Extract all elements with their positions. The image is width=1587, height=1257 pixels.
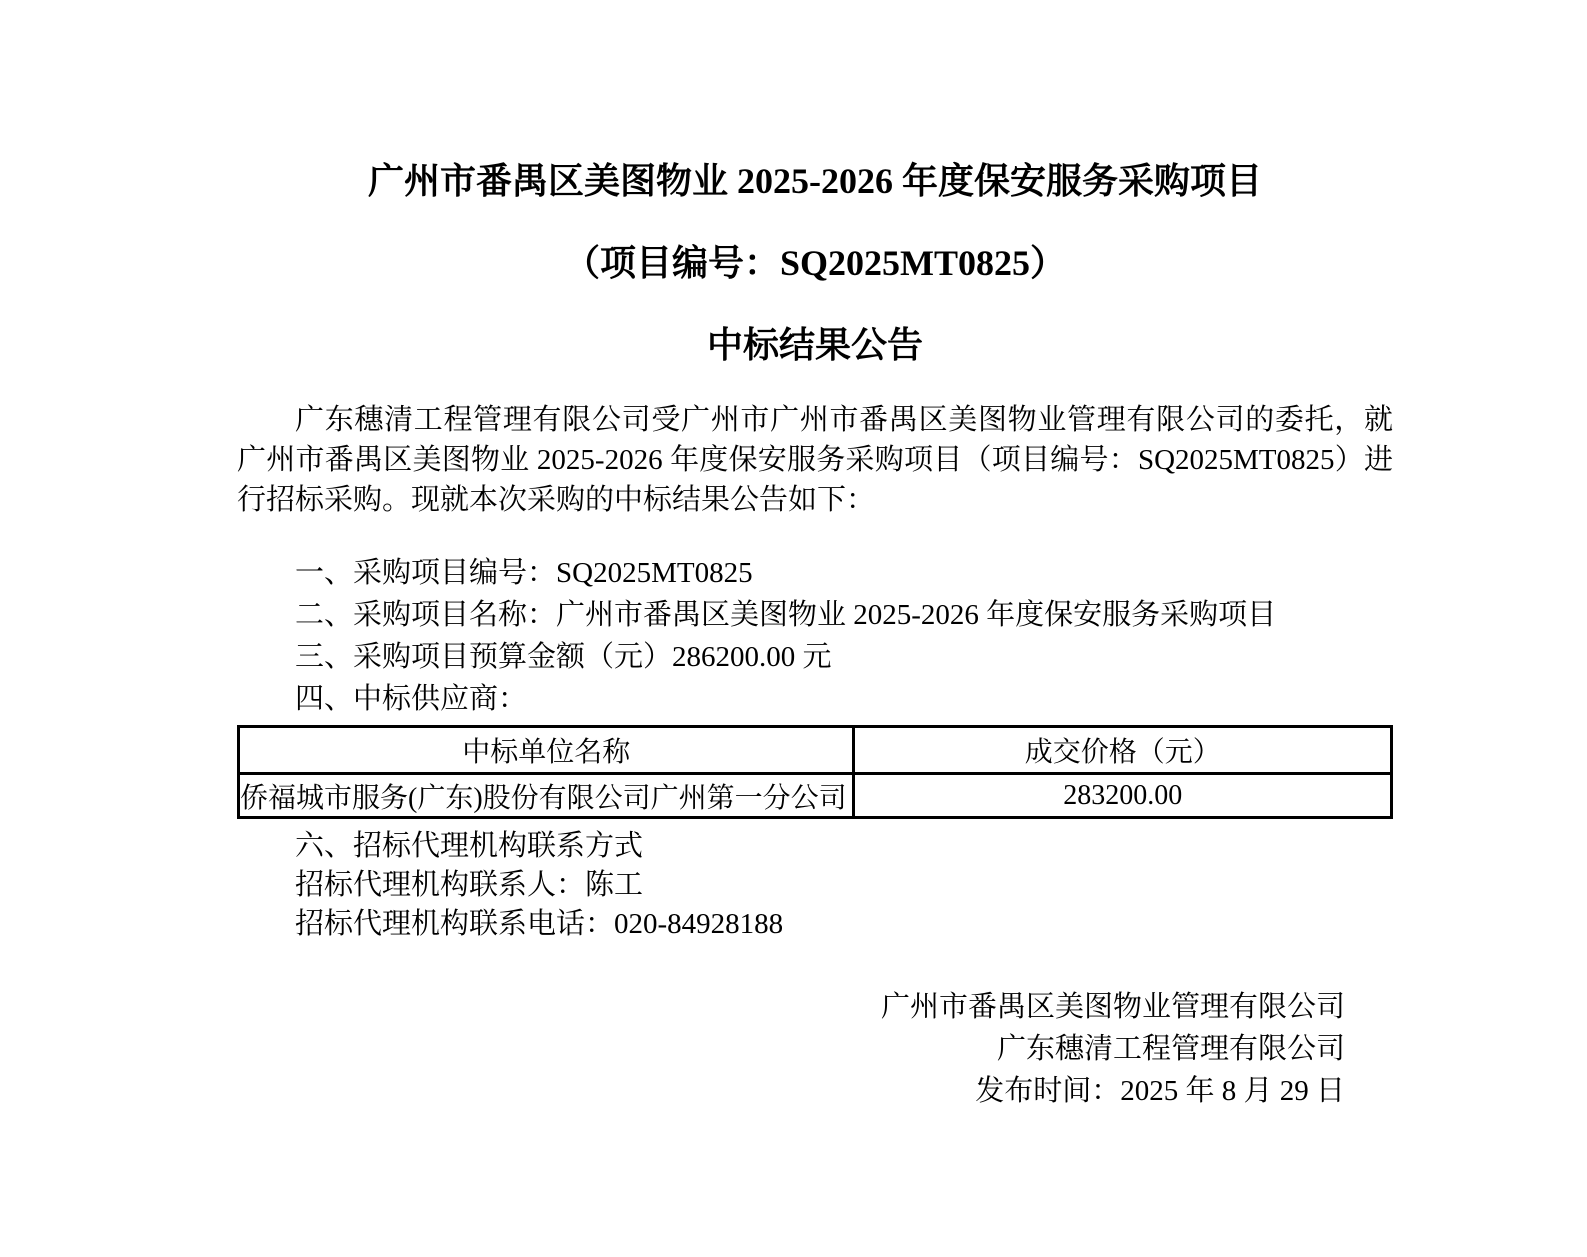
document-title-line-1: 广州市番禺区美图物业 2025-2026 年度保安服务采购项目: [237, 140, 1393, 222]
intro-paragraph: 广东穗清工程管理有限公司受广州市广州市番禺区美图物业管理有限公司的委托，就广州市…: [237, 400, 1393, 520]
contact-phone-line: 招标代理机构联系电话：020-84928188: [237, 905, 1393, 944]
announcement-page: 广州市番禺区美图物业 2025-2026 年度保安服务采购项目 （项目编号：SQ…: [0, 0, 1587, 1257]
list-item-budget-amount: 三、采购项目预算金额（元）286200.00 元: [237, 636, 1393, 678]
agency-contact-section: 六、招标代理机构联系方式 招标代理机构联系人：陈工 招标代理机构联系电话：020…: [237, 827, 1393, 944]
table-header-row: 中标单位名称 成交价格（元）: [239, 727, 1392, 774]
signature-company-2: 广东穗清工程管理有限公司: [237, 1028, 1393, 1070]
deal-price-cell: 283200.00: [854, 774, 1392, 818]
supplier-name-cell: 侨福城市服务(广东)股份有限公司广州第一分公司: [239, 774, 854, 818]
list-item-winning-supplier: 四、中标供应商：: [237, 678, 1393, 720]
numbered-list: 一、采购项目编号：SQ2025MT0825 二、采购项目名称：广州市番禺区美图物…: [237, 552, 1393, 720]
table-row: 侨福城市服务(广东)股份有限公司广州第一分公司 283200.00: [239, 774, 1392, 818]
signature-block: 广州市番禺区美图物业管理有限公司 广东穗清工程管理有限公司 发布时间：2025 …: [237, 986, 1393, 1112]
col-header-deal-price: 成交价格（元）: [854, 727, 1392, 774]
document-title-line-3: 中标结果公告: [237, 304, 1393, 386]
list-item-project-name: 二、采购项目名称：广州市番禺区美图物业 2025-2026 年度保安服务采购项目: [237, 594, 1393, 636]
contact-section-heading: 六、招标代理机构联系方式: [237, 827, 1393, 866]
publish-date-line: 发布时间：2025 年 8 月 29 日: [237, 1070, 1393, 1112]
document-content: 广州市番禺区美图物业 2025-2026 年度保安服务采购项目 （项目编号：SQ…: [0, 0, 1587, 1257]
col-header-supplier-name: 中标单位名称: [239, 727, 854, 774]
contact-person-line: 招标代理机构联系人：陈工: [237, 866, 1393, 905]
list-item-project-number: 一、采购项目编号：SQ2025MT0825: [237, 552, 1393, 594]
signature-company-1: 广州市番禺区美图物业管理有限公司: [237, 986, 1393, 1028]
award-result-table: 中标单位名称 成交价格（元） 侨福城市服务(广东)股份有限公司广州第一分公司 2…: [237, 725, 1393, 819]
document-title-line-2: （项目编号：SQ2025MT0825）: [237, 222, 1393, 304]
